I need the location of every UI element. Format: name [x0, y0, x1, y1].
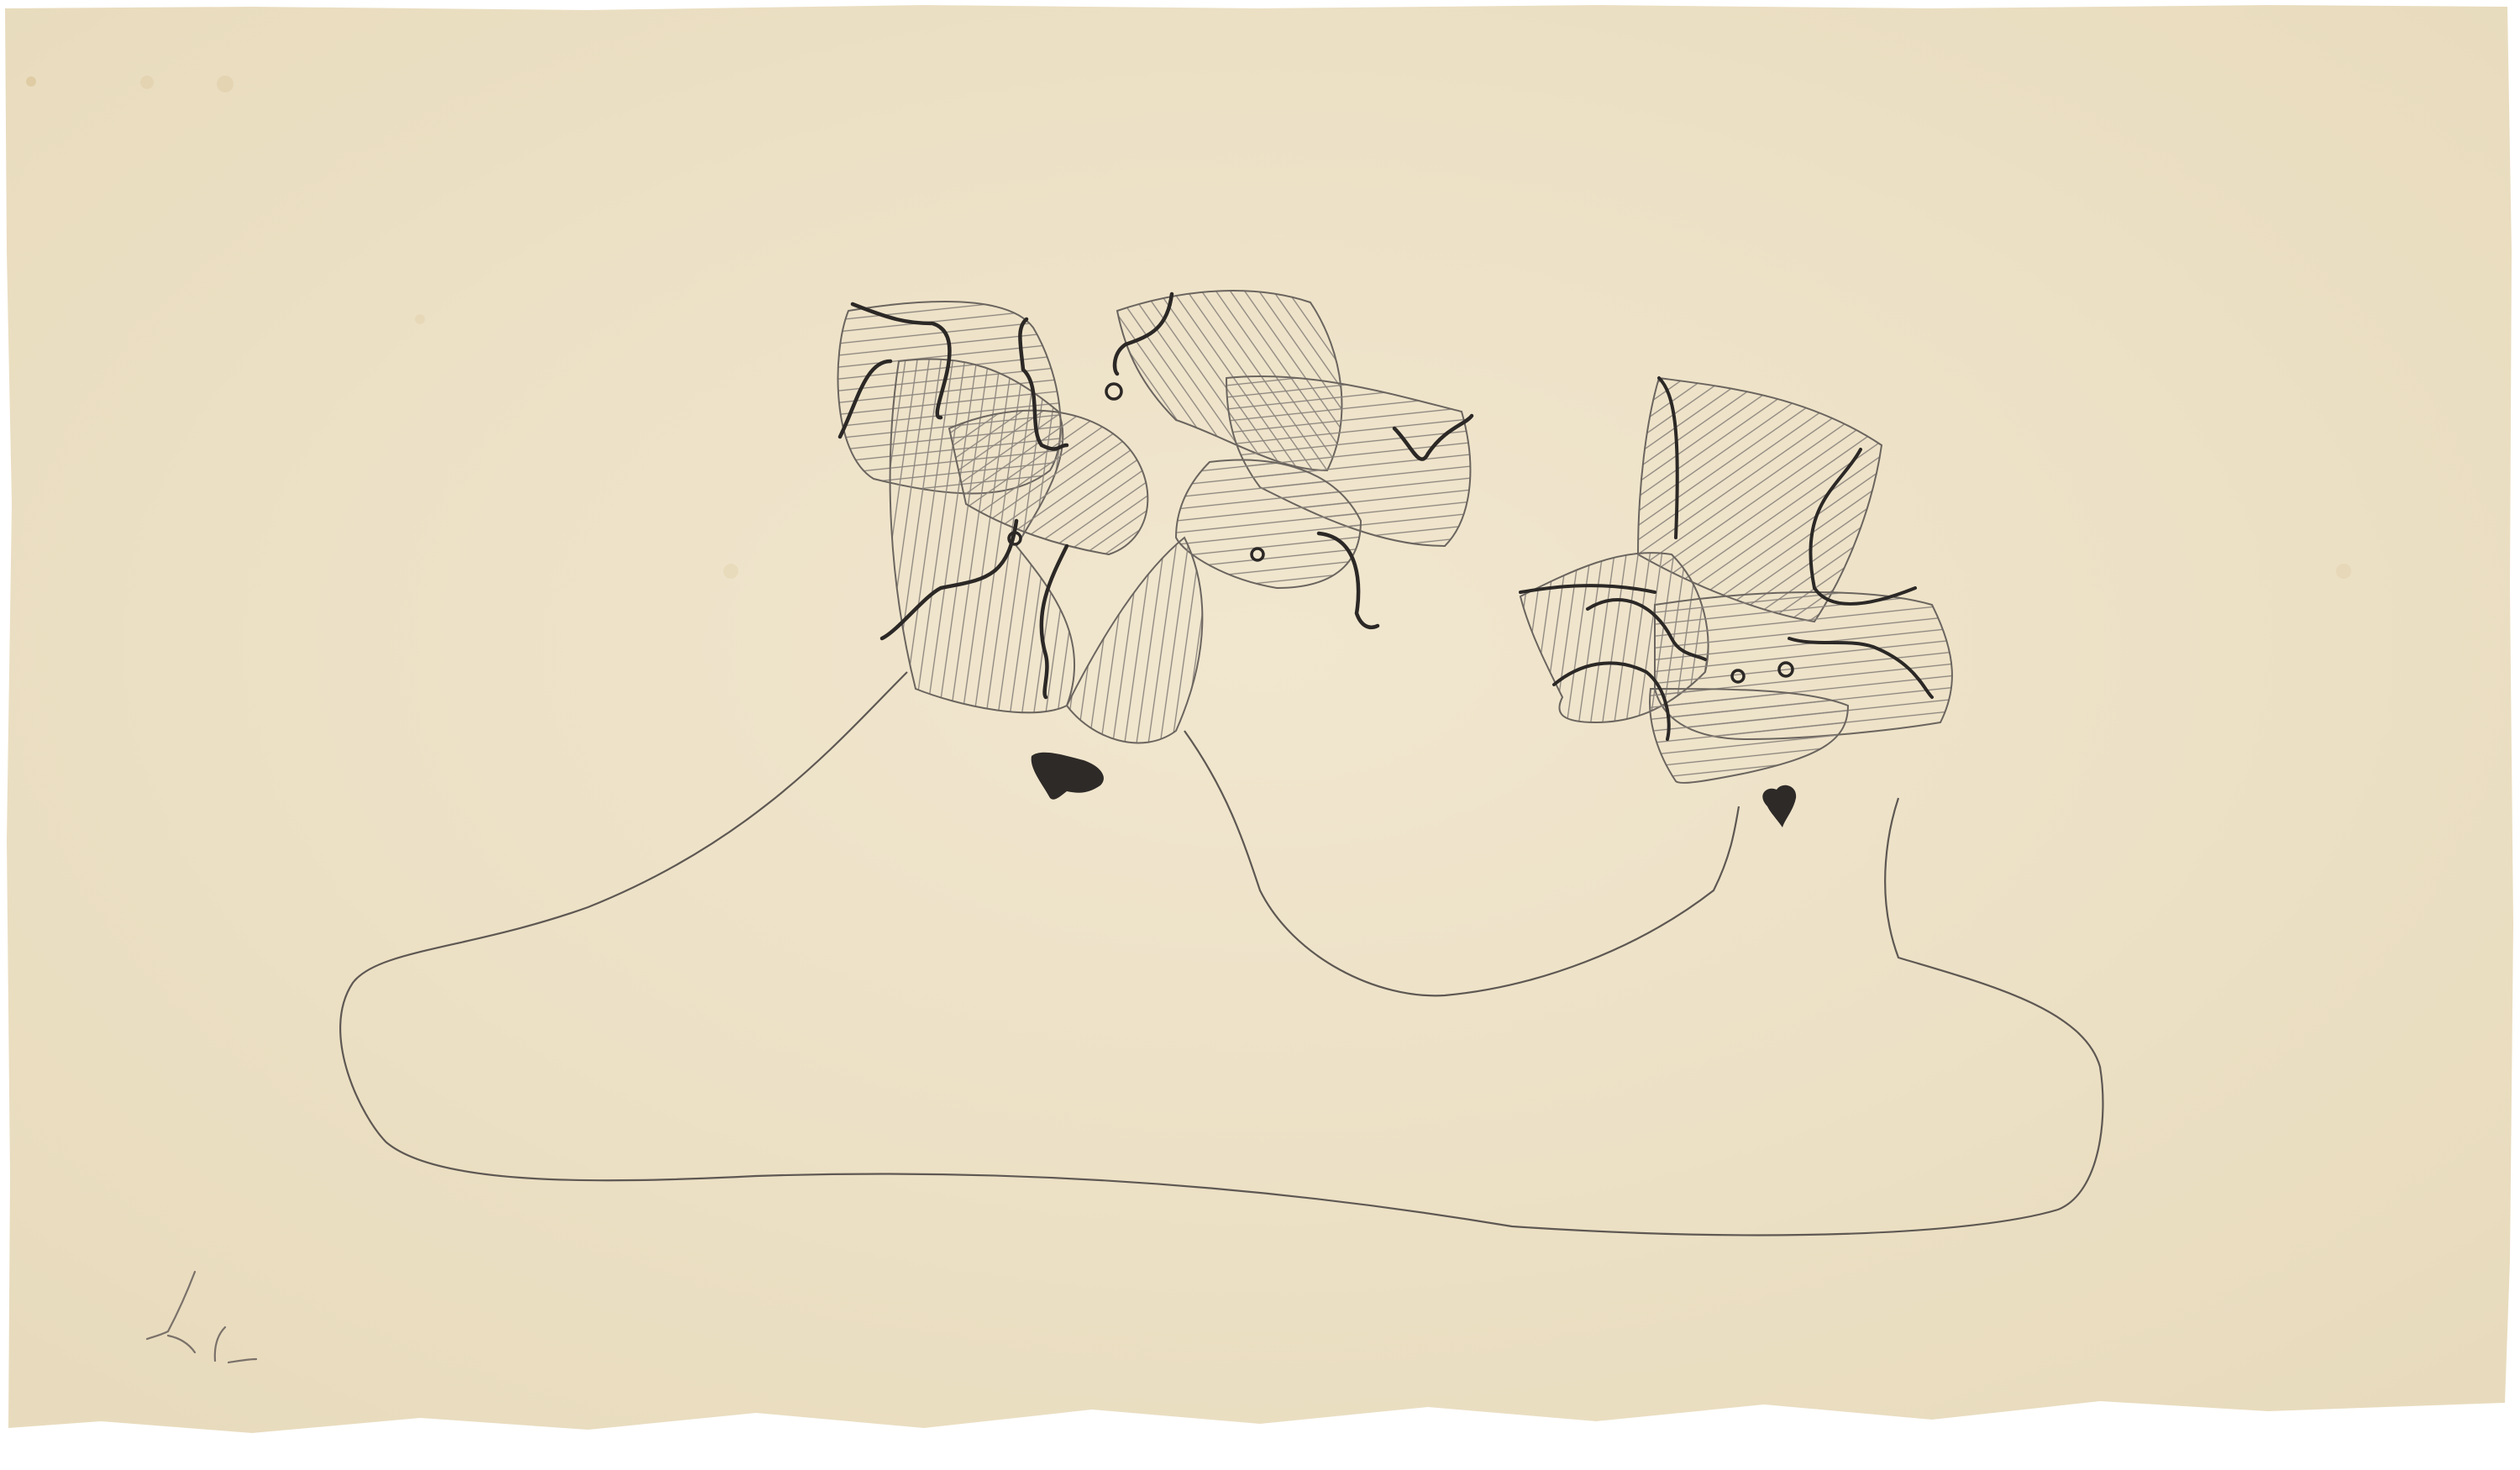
ink-drawing-artwork: [0, 0, 2520, 1470]
paper-sheet: [5, 5, 2513, 1433]
